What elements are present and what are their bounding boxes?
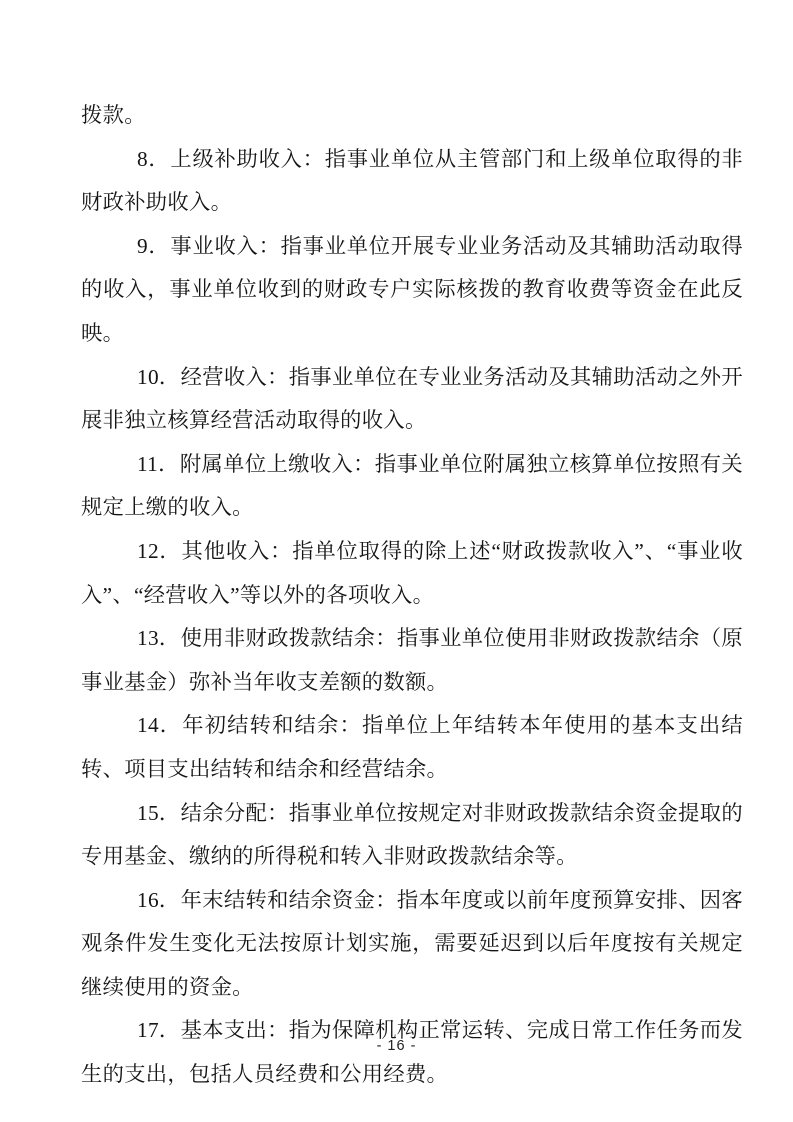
- definition-paragraph-14: 14．年初结转和结余：指单位上年结转本年使用的基本支出结转、项目支出结转和结余和…: [81, 704, 743, 791]
- definition-paragraph-12: 12．其他收入：指单位取得的除上述“财政拨款收入”、“事业收入”、“经营收入”等…: [81, 530, 743, 617]
- body-text: 拨款。8．上级补助收入：指事业单位从主管部门和上级单位取得的非财政补助收入。9．…: [81, 94, 743, 1097]
- page-number: - 16 -: [0, 1036, 793, 1056]
- definition-paragraph-8: 8．上级补助收入：指事业单位从主管部门和上级单位取得的非财政补助收入。: [81, 138, 743, 225]
- paragraph-continuation: 拨款。: [81, 94, 743, 138]
- document-page: 拨款。8．上级补助收入：指事业单位从主管部门和上级单位取得的非财政补助收入。9．…: [0, 0, 793, 1122]
- definition-paragraph-13: 13．使用非财政拨款结余：指事业单位使用非财政拨款结余（原事业基金）弥补当年收支…: [81, 617, 743, 704]
- definition-paragraph-16: 16．年末结转和结余资金：指本年度或以前年度预算安排、因客观条件发生变化无法按原…: [81, 879, 743, 1010]
- definition-paragraph-10: 10．经营收入：指事业单位在专业业务活动及其辅助活动之外开展非独立核算经营活动取…: [81, 356, 743, 443]
- definition-paragraph-11: 11．附属单位上缴收入：指事业单位附属独立核算单位按照有关规定上缴的收入。: [81, 443, 743, 530]
- definition-paragraph-9: 9．事业收入：指事业单位开展专业业务活动及其辅助活动取得的收入，事业单位收到的财…: [81, 225, 743, 356]
- definition-paragraph-15: 15．结余分配：指事业单位按规定对非财政拨款结余资金提取的专用基金、缴纳的所得税…: [81, 792, 743, 879]
